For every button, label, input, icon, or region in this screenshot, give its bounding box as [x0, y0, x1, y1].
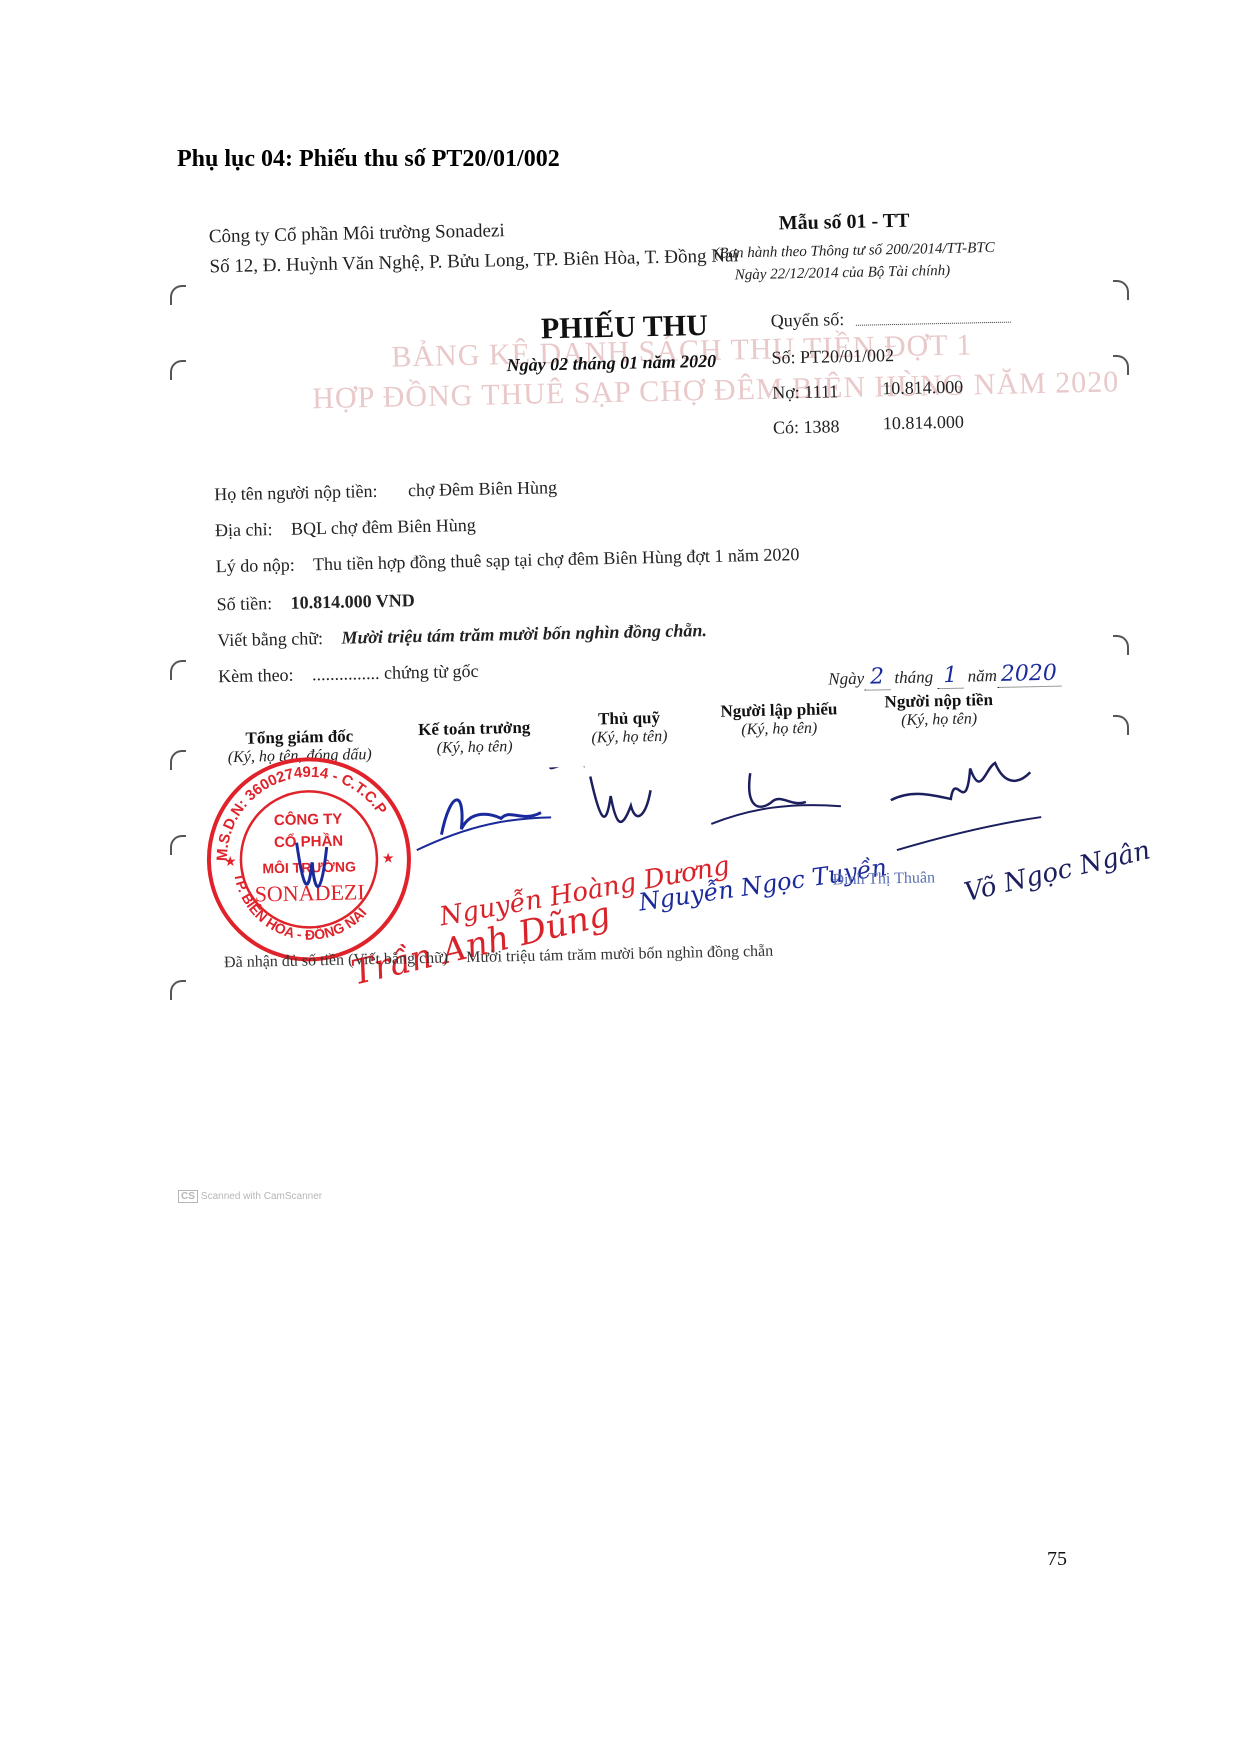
receipt-date: Ngày 02 tháng 01 năm 2020 [506, 351, 716, 376]
scanned-receipt: BẢNG KÊ DANH SÁCH THU TIỀN ĐỢT 1 HỢP ĐỒN… [178, 195, 1138, 1155]
punch-mark [170, 835, 186, 855]
camscanner-logo-icon: CS [178, 1190, 198, 1203]
signatory-payer: Người nộp tiền (Ký, họ tên) [864, 690, 1015, 731]
issued-by-line1: (Ban hành theo Thông tư số 200/2014/TT-B… [714, 240, 995, 263]
address-value: BQL chợ đêm Biên Hùng [291, 515, 476, 539]
issued-by-line2: Ngày 22/12/2014 của Bộ Tài chính) [735, 263, 951, 285]
signatory-note: (Ký, họ tên) [564, 727, 694, 748]
receipt-number-value: PT20/01/002 [800, 345, 894, 367]
company-address: Số 12, Đ. Huỳnh Văn Nghệ, P. Bửu Long, T… [209, 245, 739, 278]
appendix-title: Phụ lục 04: Phiếu thu số PT20/01/002 [177, 146, 560, 173]
debit-account: Nợ: 1111 [772, 381, 838, 403]
signatory-note: (Ký, họ tên) [864, 710, 1014, 731]
credit-amount: 10.814.000 [883, 412, 964, 435]
page-number: 75 [1047, 1548, 1067, 1571]
attached-value: ............... chứng từ gốc [312, 661, 479, 684]
book-number-label: Quyển số: [771, 309, 845, 332]
signatory-chief-accountant: Kế toán trưởng (Ký, họ tên) [399, 717, 550, 758]
signatory-role: Thủ quỹ [564, 707, 694, 730]
signatory-note: (Ký, họ tên) [399, 737, 549, 758]
receipt-form: BẢNG KÊ DANH SÁCH THU TIỀN ĐỢT 1 HỢP ĐỒN… [178, 175, 1155, 995]
punch-mark [170, 750, 186, 770]
receipt-number-label: Số: [771, 347, 795, 367]
punch-mark [170, 660, 186, 680]
book-number-field [856, 322, 1011, 326]
amount-label: Số tiền: [216, 593, 272, 615]
signatory-name-preparer: Đinh Thị Thuân [832, 869, 935, 889]
stamp-line2: CỔ PHẦN [274, 832, 344, 851]
received-label: Đã nhận đủ số tiền (Viết bằng chữ) [224, 950, 448, 972]
signing-date-prefix: Ngày [828, 669, 864, 689]
receipt-number: Số: PT20/01/002 [771, 345, 894, 369]
signatory-role: Người nộp tiền [864, 690, 1014, 713]
signing-year: 2020 [997, 661, 1062, 688]
camscanner-watermark: CSScanned with CamScanner [178, 1190, 322, 1203]
attached-row: Kèm theo: ............... chứng từ gốc [218, 661, 479, 687]
address-label: Địa chỉ: [215, 519, 273, 541]
company-name: Công ty Cổ phần Môi trường Sonadezi [209, 220, 505, 248]
reason-label: Lý do nộp: [216, 555, 295, 578]
amount-value: 10.814.000 VND [290, 590, 415, 613]
payer-label: Họ tên người nộp tiền: [214, 481, 378, 505]
payer-value: chợ Đêm Biên Hùng [408, 477, 557, 500]
signatory-note: (Ký, họ tên) [704, 719, 854, 740]
signatory-preparer: Người lập phiếu (Ký, họ tên) [704, 699, 855, 740]
signatory-role: Kế toán trưởng [399, 717, 549, 740]
debit-amount: 10.814.000 [882, 377, 963, 400]
signing-date: Ngày2 tháng 1 năm2020 [828, 661, 1061, 691]
reason-row: Lý do nộp: Thu tiền hợp đồng thuê sạp tạ… [216, 544, 800, 577]
camscanner-text: Scanned with CamScanner [201, 1191, 322, 1202]
words-row: Viết bằng chữ: Mười triệu tám trăm mười … [217, 620, 707, 651]
svg-text:★: ★ [224, 855, 237, 870]
punch-mark [170, 980, 186, 1000]
amount-row: Số tiền: 10.814.000 VND [216, 590, 415, 615]
signing-day: 2 [864, 664, 891, 691]
reason-value: Thu tiền hợp đồng thuê sạp tại chợ đêm B… [313, 544, 800, 574]
payer-row: Họ tên người nộp tiền: chợ Đêm Biên Hùng [214, 477, 557, 505]
receipt-title: PHIẾU THU [541, 309, 709, 346]
svg-text:★: ★ [382, 852, 395, 867]
signing-year-label: năm [967, 666, 997, 686]
words-label: Viết bằng chữ: [217, 628, 323, 651]
stamp-line4: SONADEZI [254, 879, 364, 906]
signing-month-label: tháng [894, 667, 933, 687]
words-value: Mười triệu tám trăm mười bốn nghìn đồng … [341, 620, 707, 648]
company-stamp: M.S.D.N: 3600274914 - C.T.C.P TP. BIÊN H… [200, 750, 419, 969]
signatory-role: Người lập phiếu [704, 699, 854, 722]
address-row: Địa chỉ: BQL chợ đêm Biên Hùng [215, 515, 476, 541]
signatory-cashier: Thủ quỹ (Ký, họ tên) [564, 707, 695, 748]
form-code: Mẫu số 01 - TT [778, 210, 909, 236]
attached-label: Kèm theo: [218, 665, 294, 688]
signing-month: 1 [937, 663, 964, 690]
credit-account: Có: 1388 [773, 416, 840, 438]
stamp-line1: CÔNG TY [274, 810, 343, 829]
